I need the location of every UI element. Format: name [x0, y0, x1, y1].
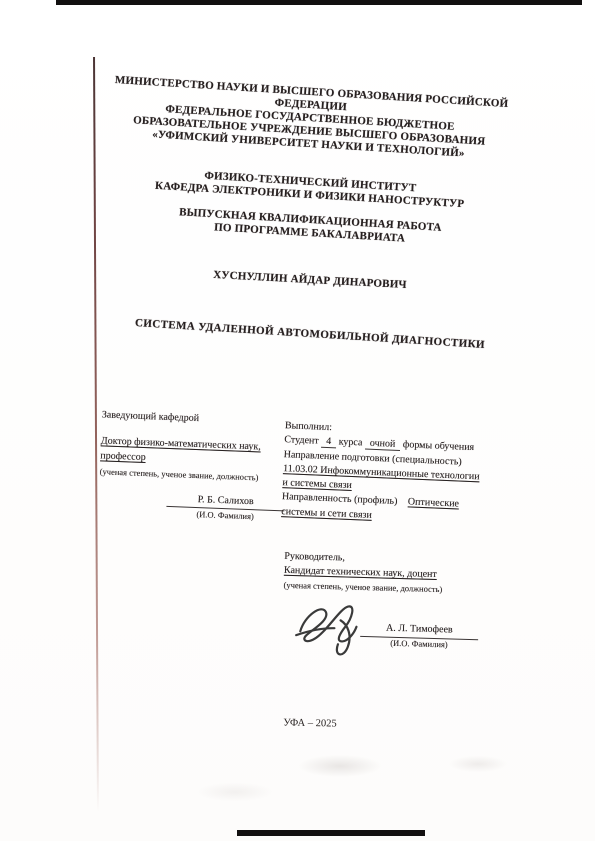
student-word: Студент	[284, 434, 319, 446]
profile-value-line-1: Оптические	[400, 497, 460, 510]
course-word: курса	[338, 437, 362, 449]
thesis-title: СИСТЕМА УДАЛЕННОЙ АВТОМОБИЛЬНОЙ ДИАГНОСТ…	[108, 315, 512, 352]
scanned-title-page: МИНИСТЕРСТВО НАУКИ И ВЫСШЕГО ОБРАЗОВАНИЯ…	[0, 0, 595, 841]
department-head-label: Заведующий кафедрой	[102, 408, 294, 428]
supervisor-signature-row: А. Л. Тимофеев (И.О. Фамилия)	[282, 598, 516, 664]
department-head-degree: Доктор физико-математических наук, профе…	[100, 433, 293, 470]
author-name: ХУСНУЛЛИН АЙДАР ДИНАРОВИЧ	[108, 263, 512, 297]
supervisor-block: Руководитель, Кандидат технических наук,…	[282, 550, 517, 665]
department-head-block: Заведующий кафедрой Доктор физико-матема…	[98, 408, 294, 523]
footer-city-year: УФА – 2025	[283, 717, 337, 729]
ministry-header: МИНИСТЕРСТВО НАУКИ И ВЫСШЕГО ОБРАЗОВАНИЯ…	[106, 74, 513, 164]
course-number: 4	[321, 436, 336, 449]
study-form-value: очной	[365, 438, 401, 451]
thesis-title-block: СИСТЕМА УДАЛЕННОЙ АВТОМОБИЛЬНОЙ ДИАГНОСТ…	[108, 315, 512, 352]
study-form-suffix: формы обучения	[403, 439, 475, 453]
scan-edge-top	[56, 0, 582, 5]
footer-city-year-block: УФА – 2025	[108, 714, 512, 733]
student-block: Выполнил: Студент 4 курса очной формы об…	[281, 419, 517, 529]
scan-edge-bottom	[237, 830, 425, 836]
author-block: ХУСНУЛЛИН АЙДАР ДИНАРОВИЧ	[108, 263, 512, 297]
scan-crease-line	[93, 57, 99, 812]
